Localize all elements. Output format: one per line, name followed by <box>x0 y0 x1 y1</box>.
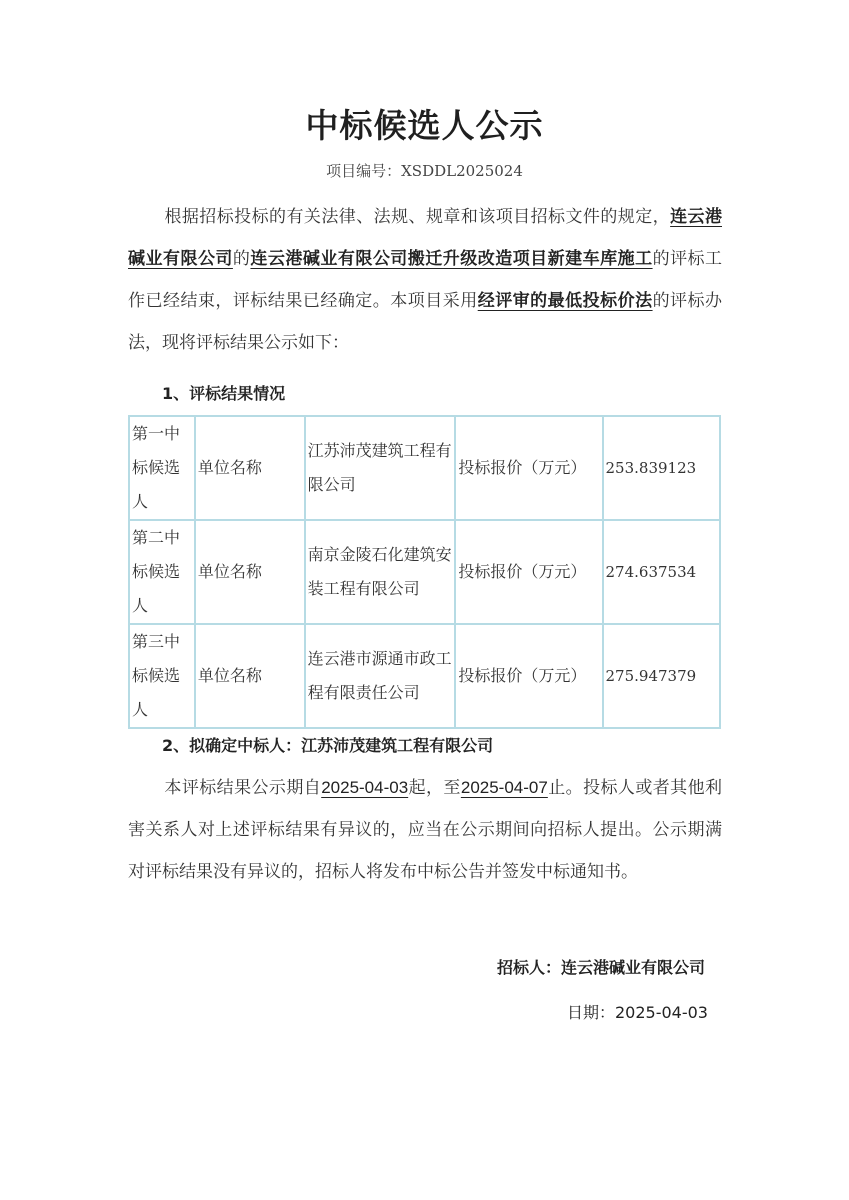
publicity-start-date: 2025-04-03 <box>321 778 408 797</box>
section-heading-results: 1、评标结果情况 <box>162 381 285 404</box>
project-number-label: 项目编号： <box>326 162 401 180</box>
evaluation-method: 经评审的最低投标价法 <box>478 291 653 311</box>
publicity-end-date: 2025-04-07 <box>461 778 548 797</box>
name-label-cell: 单位名称 <box>195 416 305 520</box>
rank-cell: 第一中标候选人 <box>129 416 195 520</box>
tenderer-signature: 招标人：连云港碱业有限公司 <box>497 955 705 978</box>
notice-text: 本评标结果公示期自 <box>164 778 321 798</box>
intro-text: 根据招标投标的有关法律、法规、规章和该项目招标文件的规定， <box>164 207 670 227</box>
price-cell: 274.637534 <box>603 520 721 624</box>
rank-cell: 第二中标候选人 <box>129 520 195 624</box>
results-table: 第一中标候选人 单位名称 江苏沛茂建筑工程有限公司 投标报价（万元） 253.8… <box>128 415 721 729</box>
company-cell: 江苏沛茂建筑工程有限公司 <box>305 416 456 520</box>
price-cell: 275.947379 <box>603 624 721 728</box>
project-number-value: XSDDL2025024 <box>401 162 523 180</box>
price-cell: 253.839123 <box>603 416 721 520</box>
company-cell: 连云港市源通市政工程有限责任公司 <box>305 624 456 728</box>
price-label-cell: 投标报价（万元） <box>455 624 602 728</box>
intro-text: 的 <box>233 249 251 269</box>
price-label-cell: 投标报价（万元） <box>455 416 602 520</box>
table-row: 第一中标候选人 单位名称 江苏沛茂建筑工程有限公司 投标报价（万元） 253.8… <box>129 416 720 520</box>
section-heading-winner: 2、拟确定中标人：江苏沛茂建筑工程有限公司 <box>162 733 493 756</box>
table-row: 第三中标候选人 单位名称 连云港市源通市政工程有限责任公司 投标报价（万元） 2… <box>129 624 720 728</box>
price-label-cell: 投标报价（万元） <box>455 520 602 624</box>
company-cell: 南京金陵石化建筑安装工程有限公司 <box>305 520 456 624</box>
project-number: 项目编号：XSDDL2025024 <box>0 160 849 181</box>
name-label-cell: 单位名称 <box>195 520 305 624</box>
name-label-cell: 单位名称 <box>195 624 305 728</box>
notice-text: 起，至 <box>408 778 461 798</box>
page-title: 中标候选人公示 <box>0 100 849 147</box>
table-row: 第二中标候选人 单位名称 南京金陵石化建筑安装工程有限公司 投标报价（万元） 2… <box>129 520 720 624</box>
intro-paragraph: 根据招标投标的有关法律、法规、规章和该项目招标文件的规定，连云港碱业有限公司的连… <box>128 196 722 364</box>
project-name: 连云港碱业有限公司搬迁升级改造项目新建车库施工 <box>250 249 652 269</box>
signature-date: 日期：2025-04-03 <box>567 1000 708 1023</box>
rank-cell: 第三中标候选人 <box>129 624 195 728</box>
notice-paragraph: 本评标结果公示期自2025-04-03起，至2025-04-07止。投标人或者其… <box>128 767 722 893</box>
